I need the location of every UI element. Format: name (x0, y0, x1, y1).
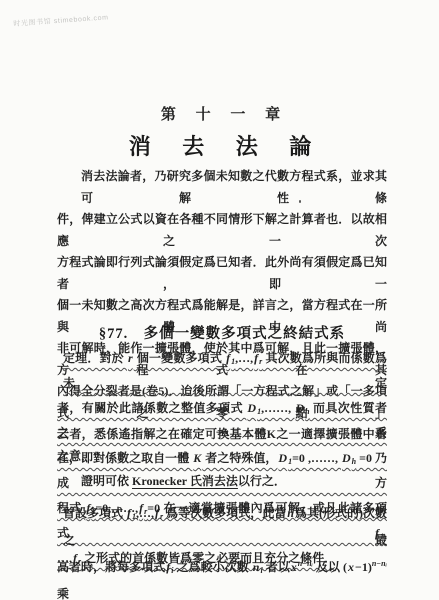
theorem-line: 者，有關於此諸係數之整值多項式 D1,……, Dh 而具次性質者之一系 (57, 396, 387, 446)
section-heading: §77. 多個一變數多項式之終結式系 (57, 322, 387, 343)
library-watermark: 时光图书馆 stimebook.com (13, 12, 109, 29)
chapter-number-heading: 第 十 一 章 (57, 103, 386, 124)
proof-paragraph: 證明可依 Kronecker 氏消去法以行之． (57, 470, 387, 492)
closing-paragraph: 首設多項式 f1,…,fr 爲等次數多項式，此當n爲其(形式的)次數之最 高者時… (57, 500, 387, 600)
theorem-line: 定理．對於 r 個一變數多項式 f1,…,fr 其次數爲所與而係數爲未定 (57, 346, 387, 396)
chapter-title-heading: 消 去 法 論 (57, 130, 386, 161)
intro-line: 方程式論即行列式論須假定爲已知者．此外尚有須假定爲已知者，即一 (57, 252, 387, 295)
intro-line: 消去法論者，乃研究多個未知數之代數方程式系，並求其可解性條 (57, 166, 387, 209)
scanned-book-page: 时光图书馆 stimebook.com 第 十 一 章 消 去 法 論 消去法論… (0, 0, 439, 600)
closing-line: 高者時，將每多項式fi 之爲較小次數 ni 者以xn−nᵢ 及以 (x−1)n−… (57, 554, 387, 600)
closing-line: 首設多項式 f1,…,fr 爲等次數多項式，此當n爲其(形式的)次數之最 (57, 500, 387, 554)
intro-line: 件，俾建立公式以資在各種不同情形下解之計算者也．以故相應之一次 (57, 209, 387, 252)
proof-line: 證明可依 Kronecker 氏消去法以行之． (57, 470, 387, 492)
